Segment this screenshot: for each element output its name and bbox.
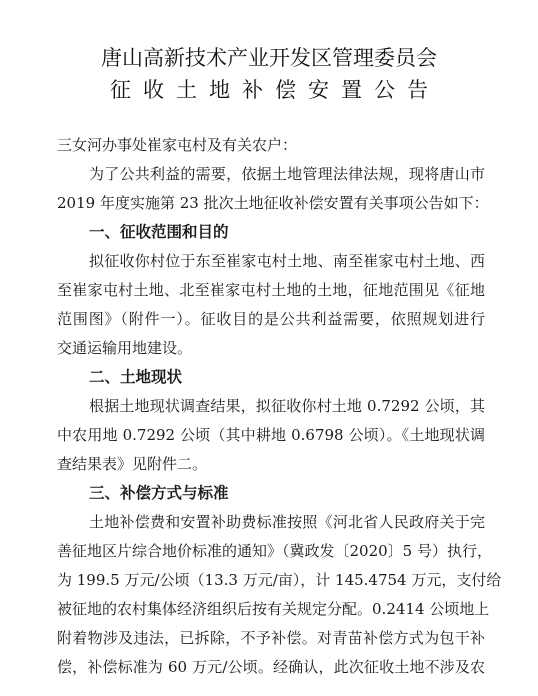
paragraph-line: 偿，补偿标准为 60 万元/公顷。经确认，此次征收土地不涉及农 — [57, 653, 485, 682]
section-heading-status: 二、土地现状 — [57, 363, 485, 392]
section-heading-scope: 一、征收范围和目的 — [57, 218, 485, 247]
paragraph-line: 善征地区片综合地价标准的通知》（冀政发〔2020〕5 号）执行， — [57, 537, 485, 566]
paragraph-line: 为 199.5 万元/公顷（13.3 万元/亩），计 145.4754 万元，支… — [57, 566, 485, 595]
document-body: 三女河办事处崔家屯村及有关农户： 为了公共利益的需要，依据土地管理法律法规，现将… — [57, 131, 485, 682]
paragraph-line: 被征地的农村集体经济组织后按有关规定分配。0.2414 公顷地上 — [57, 595, 485, 624]
addressee: 三女河办事处崔家屯村及有关农户： — [57, 131, 485, 160]
intro-line: 为了公共利益的需要，依据土地管理法律法规，现将唐山市 — [57, 160, 485, 189]
paragraph-line: 附着物涉及违法，已拆除，不予补偿。对青苗补偿方式为包干补 — [57, 624, 485, 653]
paragraph-line: 范围图》（附件一）。征收目的是公共利益需要，依照规划进行 — [57, 305, 485, 334]
paragraph-line: 中农用地 0.7292 公顷（其中耕地 0.6798 公顷）。《土地现状调 — [57, 421, 485, 450]
intro-line: 2019 年度实施第 23 批次土地征收补偿安置有关事项公告如下： — [57, 189, 485, 218]
paragraph-line: 根据土地现状调查结果，拟征收你村土地 0.7292 公顷，其 — [57, 392, 485, 421]
paragraph-line: 拟征收你村位于东至崔家屯村土地、南至崔家屯村土地、西 — [57, 247, 485, 276]
paragraph-line: 土地补偿费和安置补助费标准按照《河北省人民政府关于完 — [57, 508, 485, 537]
paragraph-line: 至崔家屯村土地、北至崔家屯村土地的土地，征地范围见《征地 — [57, 276, 485, 305]
paragraph-line: 交通运输用地建设。 — [57, 334, 485, 363]
paragraph-line: 查结果表》见附件二。 — [57, 450, 485, 479]
document-subtitle: 征收土地补偿安置公告 — [0, 74, 538, 104]
section-heading-compensation: 三、补偿方式与标准 — [57, 479, 485, 508]
document-title: 唐山高新技术产业开发区管理委员会 — [0, 42, 538, 72]
